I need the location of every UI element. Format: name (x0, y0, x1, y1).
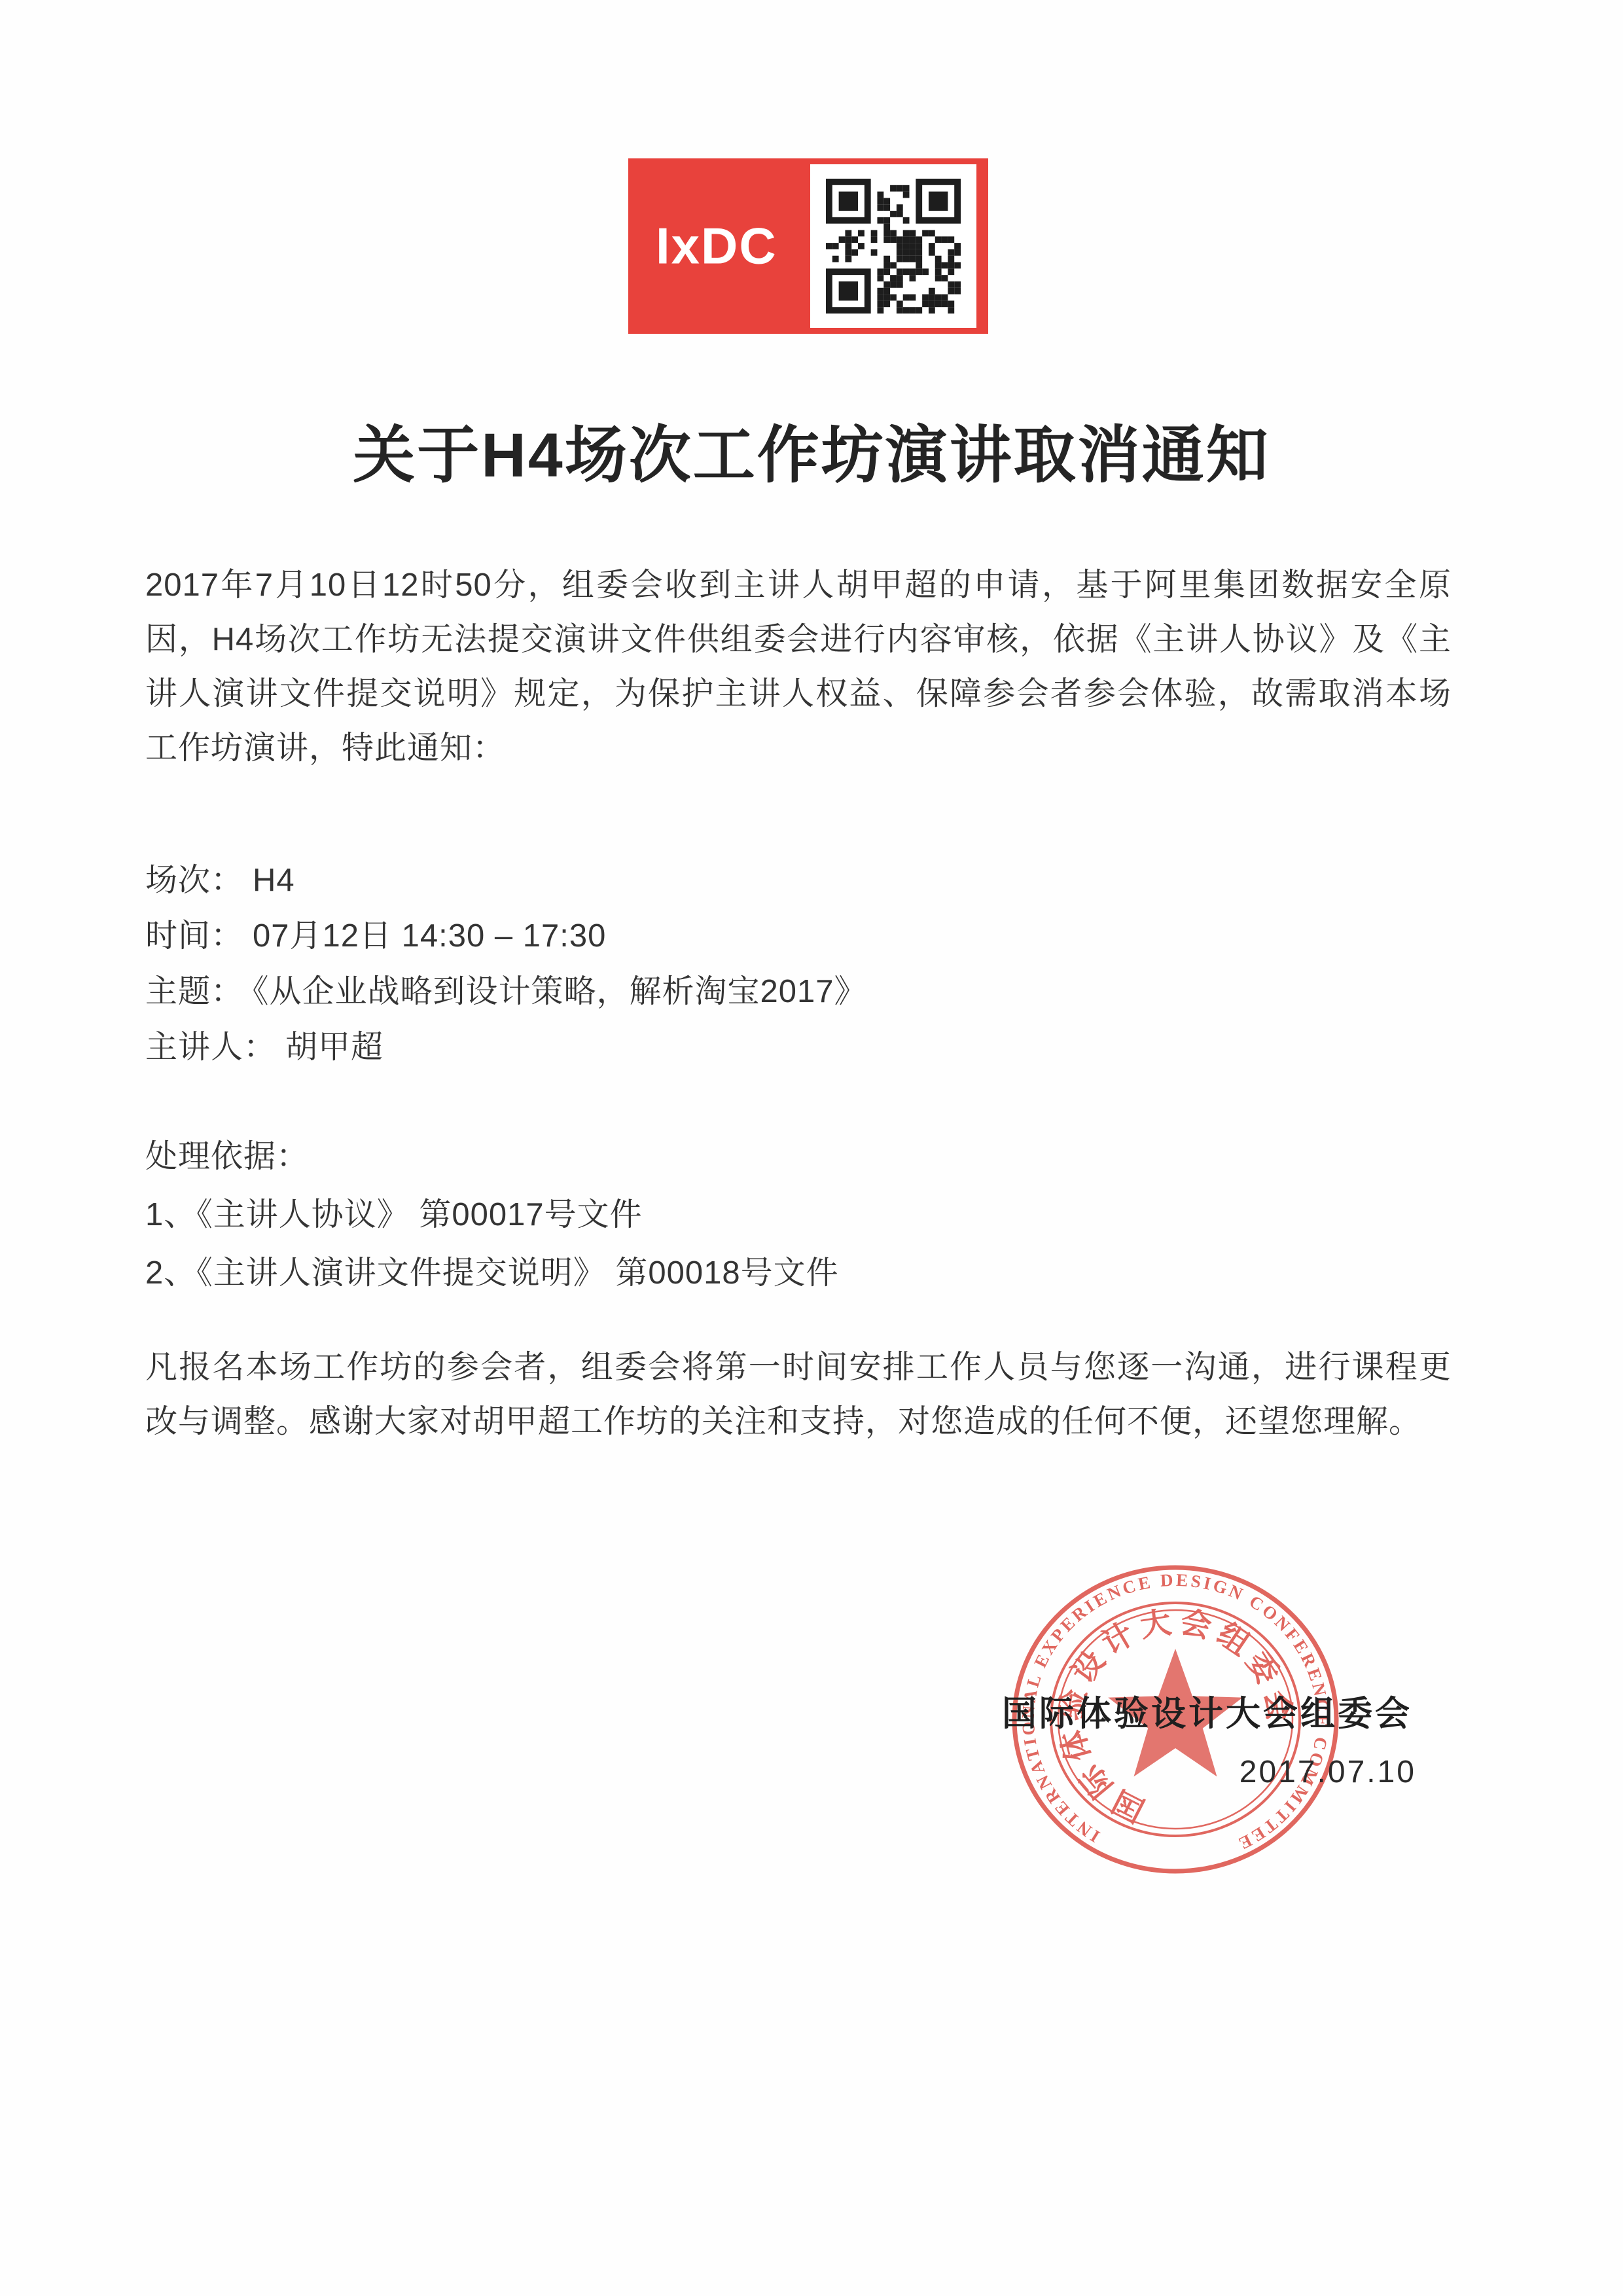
detail-topic-value: 《从企业战略到设计策略，解析淘宝2017》 (253, 974, 867, 1009)
signature-org: 国际体验设计大会组委会 (1002, 1686, 1412, 1736)
detail-topic-label: 主题： (145, 974, 243, 1009)
detail-session-value: H4 (253, 863, 295, 898)
closing-paragraph: 凡报名本场工作坊的参会者，组委会将第一时间安排工作人员与您逐一沟通，进行课程更改… (145, 1340, 1452, 1449)
ixdc-logo: IxDC (628, 158, 988, 334)
basis-item-1: 1、《主讲人协议》 第00017号文件 (145, 1186, 839, 1244)
detail-time: 时间：07月12日 14:30 – 17:30 (145, 908, 867, 964)
basis-item-2: 2、《主讲人演讲文件提交说明》 第00018号文件 (145, 1244, 839, 1302)
detail-speaker-value: 胡甲超 (285, 1030, 383, 1065)
detail-time-value: 07月12日 14:30 – 17:30 (253, 918, 606, 954)
session-details: 场次：H4 时间：07月12日 14:30 – 17:30 主题：《从企业战略到… (145, 853, 867, 1075)
signature-date: 2017.07.10 (1240, 1754, 1416, 1790)
detail-session-label: 场次： (145, 863, 243, 898)
qr-finder-top-right (916, 179, 961, 224)
detail-time-label: 时间： (145, 918, 243, 954)
detail-speaker-label: 主讲人： (145, 1030, 276, 1065)
basis-heading: 处理依据： (145, 1128, 839, 1186)
qr-finder-bottom-left (826, 268, 871, 314)
detail-topic: 主题：《从企业战略到设计策略，解析淘宝2017》 (145, 964, 867, 1020)
detail-session: 场次：H4 (145, 853, 867, 908)
document-page: IxDC 关于H4场次工作坊演讲取消通知 (0, 0, 1623, 2296)
ixdc-logo-text: IxDC (656, 217, 777, 276)
qr-finder-top-left (826, 179, 871, 224)
intro-paragraph: 2017年7月10日12时50分，组委会收到主讲人胡甲超的申请，基于阿里集团数据… (145, 558, 1452, 776)
detail-speaker: 主讲人：胡甲超 (145, 1020, 867, 1075)
basis-section: 处理依据： 1、《主讲人协议》 第00017号文件 2、《主讲人演讲文件提交说明… (145, 1128, 839, 1302)
notice-title: 关于H4场次工作坊演讲取消通知 (0, 416, 1623, 495)
qr-code-icon (826, 179, 961, 314)
qr-code-panel (810, 164, 976, 328)
